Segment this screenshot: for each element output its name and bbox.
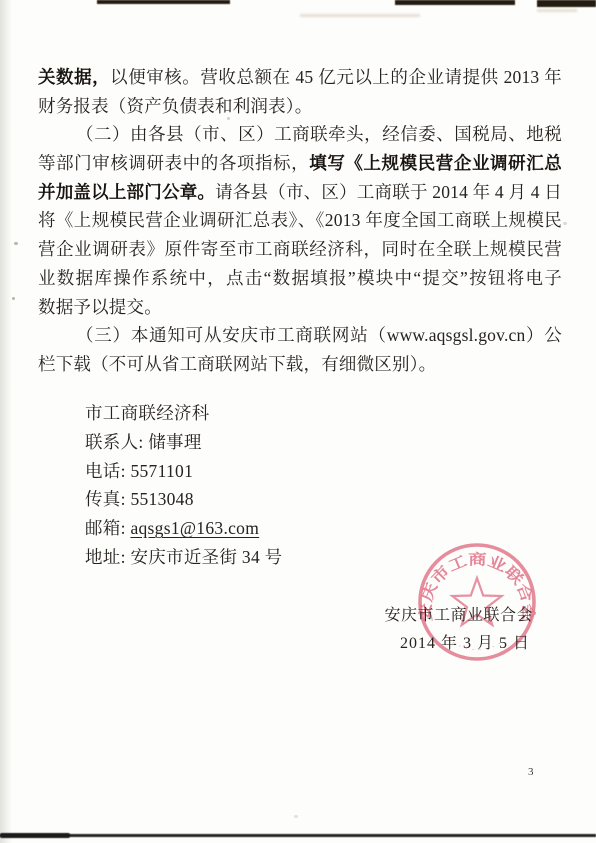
signature-org: 安庆市工商业联合会 [384, 602, 533, 625]
contact-label: 联系人: [85, 432, 148, 452]
contact-label: 地址: [85, 547, 130, 567]
paper-speck [14, 242, 18, 245]
contact-label: 电话: [85, 461, 130, 481]
scanned-document-page: 关数据，以便审核。营收总额在 45 亿元以上的企业请提供 2013 年度财务报表… [0, 0, 596, 843]
contact-label: 邮箱: [85, 518, 130, 538]
scan-artifact-top-middle [395, 0, 515, 5]
paper-speck [563, 222, 567, 225]
signature-date: 2014 年 3 月 5 日 [400, 630, 530, 653]
body-line: 栏下载（不可从省工商联网站下载，有细微区别）。 [38, 350, 562, 379]
scan-artifact-top-left [97, 0, 230, 4]
scan-smudge-top [300, 14, 420, 17]
body-line: 数据予以提交。 [38, 293, 562, 322]
body-segment: 业数据库操作系统中，点击“数据填报”模块中“提交”按钮将电子 [38, 268, 562, 288]
contact-value: aqsgs1@163.com [130, 518, 259, 538]
body-segment-bold: 并加盖以上部门公章。 [38, 182, 215, 202]
body-segment: （二）由各县（市、区）工商联牵头，经信委、国税局、地税局 [76, 124, 562, 149]
contact-value: 储事理 [148, 432, 201, 452]
body-segment: 将《上规模民营企业调研汇总表》、《2013 年度全国工商联上规模民 [38, 210, 562, 230]
body-segment: 财务报表（资产负债表和利润表）。 [38, 96, 312, 116]
body-text: 关数据，以便审核。营收总额在 45 亿元以上的企业请提供 2013 年度财务报表… [38, 63, 562, 379]
contact-label: 传真: [85, 489, 130, 509]
body-line: 并加盖以上部门公章。请各县（市、区）工商联于 2014 年 4 月 4 日前 [38, 178, 562, 207]
body-line: 将《上规模民营企业调研汇总表》、《2013 年度全国工商联上规模民 [38, 206, 562, 235]
scan-smudge-top-right [537, 9, 577, 12]
body-line: （二）由各县（市、区）工商联牵头，经信委、国税局、地税局 [38, 120, 562, 149]
contact-line: 地址: 安庆市近圣街 34 号 [85, 543, 283, 572]
body-line: 关数据，以便审核。营收总额在 45 亿元以上的企业请提供 2013 年度 [38, 63, 562, 92]
contact-line: 邮箱: aqsgs1@163.com [85, 514, 283, 543]
scan-artifact-top-right [537, 0, 596, 7]
bottom-scan-line-blob [0, 833, 70, 838]
contact-value: 市工商联经济科 [85, 403, 210, 423]
contact-block: 市工商联经济科联系人: 储事理电话: 5571101传真: 5513048邮箱:… [85, 399, 283, 572]
body-segment: 数据予以提交。 [38, 297, 162, 317]
paper-speck [12, 297, 15, 300]
bottom-scan-line [0, 834, 596, 837]
page-number: 3 [528, 766, 534, 778]
body-segment: 等部门审核调研表中的各项指标， [38, 153, 309, 173]
body-line: 营企业调研表》原件寄至市工商联经济科，同时在全联上规模民营企 [38, 235, 562, 264]
body-segment: 栏下载（不可从省工商联网站下载，有细微区别）。 [38, 354, 436, 374]
body-segment-bold: 关数据， [38, 67, 110, 87]
contact-value: 5571101 [130, 461, 193, 481]
contact-value: 安庆市近圣街 34 号 [130, 547, 282, 567]
body-line: 等部门审核调研表中的各项指标，填写《上规模民营企业调研汇总表》 [38, 149, 562, 178]
paper-speck [294, 815, 298, 818]
contact-line: 电话: 5571101 [85, 457, 283, 486]
body-line: （三）本通知可从安庆市工商联网站（www.aqsgsl.gov.cn）公告 [38, 321, 562, 350]
contact-line: 传真: 5513048 [85, 485, 283, 514]
left-edge-shadow [0, 0, 12, 843]
body-segment: （三）本通知可从安庆市工商联网站（www.aqsgsl.gov.cn）公告 [76, 325, 562, 350]
body-segment: 以便审核。营收总额在 45 亿元以上的企业请提供 2013 年度 [38, 67, 562, 92]
body-line: 财务报表（资产负债表和利润表）。 [38, 92, 562, 121]
body-line: 业数据库操作系统中，点击“数据填报”模块中“提交”按钮将电子 [38, 264, 562, 293]
contact-line: 联系人: 储事理 [85, 428, 283, 457]
contact-line: 市工商联经济科 [85, 399, 283, 428]
body-segment: 营企业调研表》原件寄至市工商联经济科，同时在全联上规模民营企 [38, 239, 562, 264]
contact-value: 5513048 [130, 489, 193, 509]
